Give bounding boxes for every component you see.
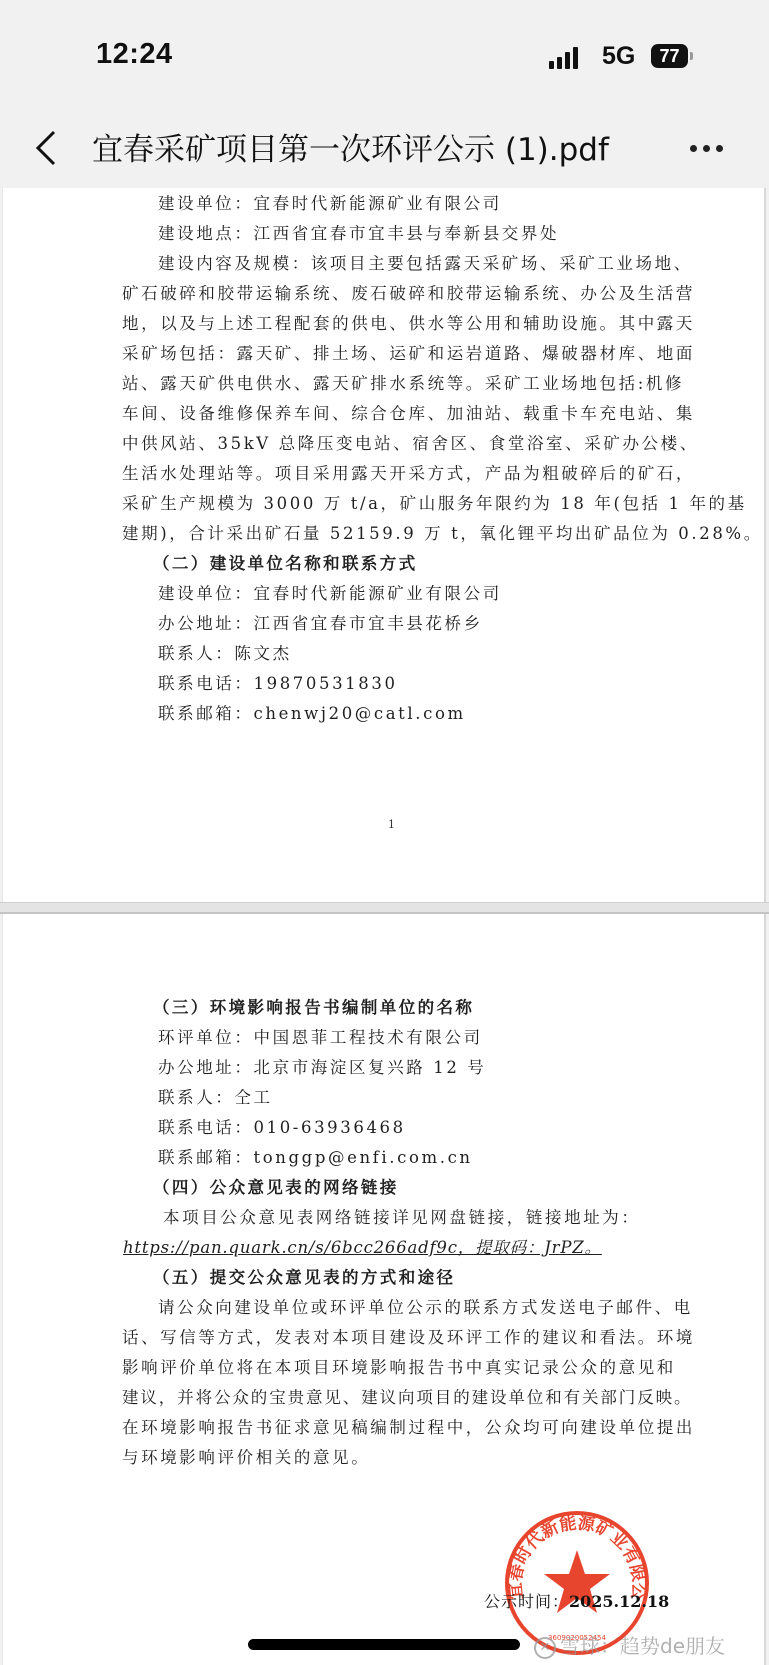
battery-icon: 77 [651,44,688,68]
office-address: 办公地址：江西省宜春市宜丰县花桥乡 [158,610,483,634]
publication-date: 公示时间：2025.12.18 [484,1589,669,1612]
text-line: 站、露天矿供电供水、露天矿排水系统等。采矿工业场地包括:机修 [122,370,684,394]
contact-email: 联系邮箱：tonggp@enfi.com.cn [158,1144,473,1168]
snowball-logo-icon: ✕ [534,1637,556,1659]
pdf-page-1[interactable]: 建设单位：宜春时代新能源矿业有限公司 建设地点：江西省宜春市宜丰县与奉新县交界处… [2,188,766,902]
page-number: 1 [388,818,395,831]
text-line: 建设单位：宜春时代新能源矿业有限公司 [158,190,502,214]
status-time: 12:24 [96,38,173,71]
ellipsis-dot [716,145,723,152]
text-line: 请公众向建设单位或环评单位公示的联系方式发送电子邮件、电 [158,1294,693,1318]
text-line: 车间、设备维修保养车间、综合仓库、加油站、载重卡车充电站、集 [122,400,695,424]
more-options-button[interactable] [690,134,734,162]
text-line: 与环境影响评价相关的意见。 [122,1444,370,1468]
date-label: 公示时间： [484,1592,569,1611]
text-line: 建期)，合计采出矿石量 52159.9 万 t，氧化锂平均出矿品位为 0.28%… [122,520,763,544]
text-line: 在环境影响报告书征求意见稿编制过程中，公众均可向建设单位提出 [122,1414,695,1438]
text-line: 本项目公众意见表网络链接详见网盘链接，链接地址为： [163,1204,641,1228]
office-address: 办公地址：北京市海淀区复兴路 12 号 [158,1054,486,1078]
section-heading: （五）提交公众意见表的方式和途径 [153,1264,455,1288]
construction-unit: 建设单位：宜春时代新能源矿业有限公司 [158,580,502,604]
status-bar: 12:24 5G 77 [0,0,769,110]
signal-icon [549,47,578,69]
contact-phone: 联系电话：19870531830 [158,670,398,694]
contact-email: 联系邮箱：chenwj20@catl.com [158,700,466,724]
network-type: 5G [602,42,635,71]
text-line: 影响评价单位将在本项目环境影响报告书中真实记录公众的意见和 [122,1354,676,1378]
text-line: 话、写信等方式，发表对本项目建设及环评工作的建议和看法。环境 [122,1324,695,1348]
section-heading: （二）建设单位名称和联系方式 [153,550,418,574]
watermark: ✕雪球：趋势de朋友 [534,1630,725,1659]
text-line: 地，以及与上述工程配套的供电、供水等公用和辅助设施。其中露天 [122,310,695,334]
chevron-left-icon [28,126,68,170]
date-value: 2025.12.18 [569,1592,669,1611]
ellipsis-dot [703,145,710,152]
text-line: 采矿生产规模为 3000 万 t/a，矿山服务年限约为 18 年(包括 1 年的… [122,490,747,514]
contact-person: 联系人：陈文杰 [158,640,292,664]
eia-unit: 环评单位：中国恩菲工程技术有限公司 [158,1024,483,1048]
watermark-text: 雪球：趋势de朋友 [560,1634,725,1658]
document-title: 宜春采矿项目第一次环评公示 (1).pdf [92,124,609,169]
text-line: 中供风站、35kV 总降压变电站、宿舍区、食堂浴室、采矿办公楼、 [122,430,699,454]
section-heading: （三）环境影响报告书编制单位的名称 [153,994,474,1018]
text-line: 建设地点：江西省宜春市宜丰县与奉新县交界处 [158,220,559,244]
text-line: 矿石破碎和胶带运输系统、废石破碎和胶带运输系统、办公及生活营 [122,280,695,304]
back-button[interactable] [28,126,68,170]
text-line: 建设内容及规模：该项目主要包括露天采矿场、采矿工业场地、 [158,250,693,274]
survey-link[interactable]: https://pan.quark.cn/s/6bcc266adf9c，提取码：… [123,1234,602,1258]
contact-person: 联系人：仝工 [158,1084,273,1108]
text-line: 建议，并将公众的宝贵意见、建议向项目的建设单位和有关部门反映。 [122,1384,692,1408]
contact-phone: 联系电话：010-63936468 [158,1114,406,1138]
home-indicator[interactable] [248,1639,520,1650]
section-heading: （四）公众意见表的网络链接 [153,1174,399,1198]
text-line: 生活水处理站等。项目采用露天开采方式，产品为粗破碎后的矿石， [122,460,695,484]
ellipsis-icon [690,145,697,152]
nav-bar: 宜春采矿项目第一次环评公示 (1).pdf [0,110,769,188]
page-separator [0,902,769,914]
text-line: 采矿场包括：露天矿、排土场、运矿和运岩道路、爆破器材库、地面 [122,340,695,364]
